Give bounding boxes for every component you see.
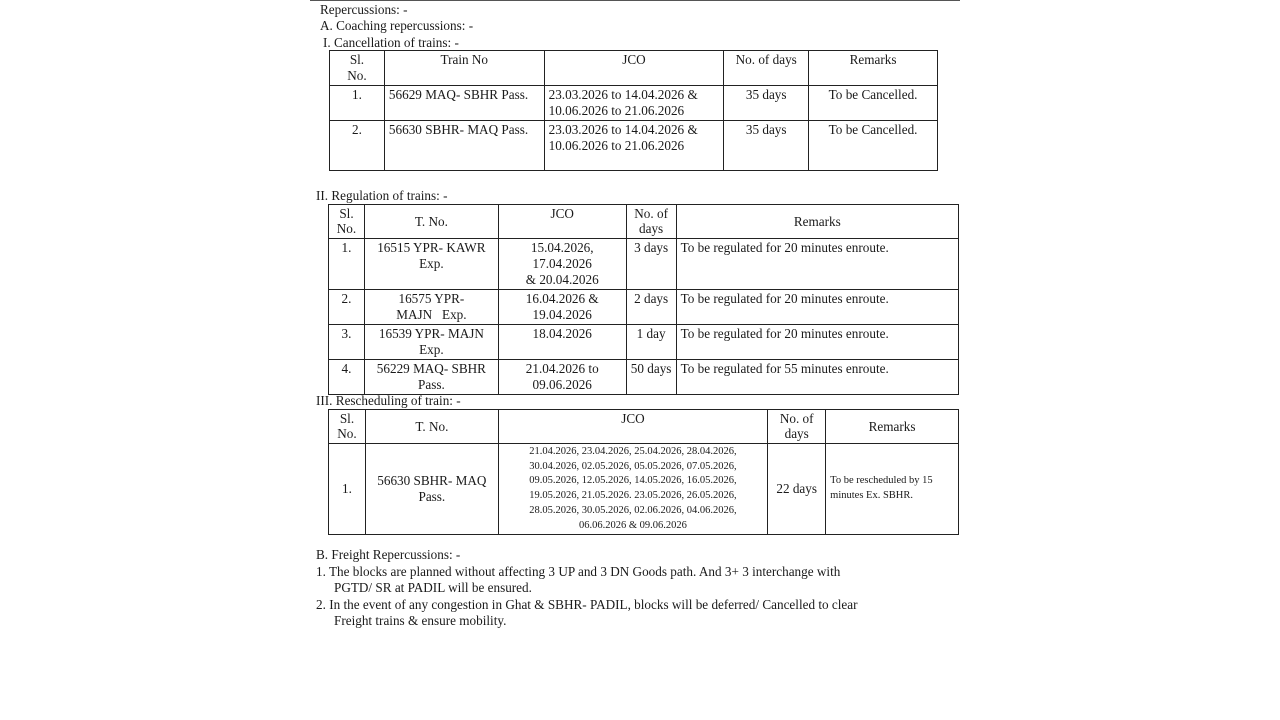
sl-cell: 2. [329,290,365,325]
table-row: 4. 56229 MAQ- SBHR Pass. 21.04.2026 to 0… [329,360,959,395]
table-row: 3. 16539 YPR- MAJN Exp. 18.04.2026 1 day… [329,325,959,360]
header-cell: Remarks [826,410,959,444]
header-cell: JCO [498,410,767,444]
sl-cell: 2. [330,121,385,171]
table-row: 1. 56630 SBHR- MAQ Pass. 21.04.2026, 23.… [329,444,959,535]
header-cell: T. No. [364,205,498,239]
header-cell: JCO [544,51,724,86]
regulation-title: II. Regulation of trains: - [316,188,447,204]
remarks-cell: To be regulated for 20 minutes enroute. [676,239,958,290]
header-cell: Remarks [809,51,938,86]
days-cell: 35 days [724,121,809,171]
header-cell: Sl. No. [329,205,365,239]
header-cell: No. of days [724,51,809,86]
cancellation-table: Sl. No. Train No JCO No. of days Remarks… [329,50,938,171]
table-row: 2. 16575 YPR- MAJN Exp. 16.04.2026 & 19.… [329,290,959,325]
header-cell: Sl. No. [330,51,385,86]
sl-cell: 1. [329,239,365,290]
train-cell: 16575 YPR- MAJN Exp. [364,290,498,325]
remarks-cell: To be Cancelled. [809,121,938,171]
sl-cell: 1. [330,86,385,121]
jco-cell: 23.03.2026 to 14.04.2026 & 10.06.2026 to… [544,121,724,171]
rescheduling-title: III. Rescheduling of train: - [316,393,461,409]
coaching-title: A. Coaching repercussions: - [320,18,473,34]
sl-cell: 4. [329,360,365,395]
freight-item-1: 1. The blocks are planned without affect… [316,564,840,580]
header-cell: Remarks [676,205,958,239]
freight-item-2-cont: Freight trains & ensure mobility. [334,613,506,629]
header-cell: JCO [498,205,626,239]
jco-cell: 21.04.2026 to 09.06.2026 [498,360,626,395]
table-header-row: Sl. No. Train No JCO No. of days Remarks [330,51,938,86]
rescheduling-table: Sl. No. T. No. JCO No. of days Remarks 1… [328,409,959,535]
train-cell: 56629 MAQ- SBHR Pass. [384,86,544,121]
table-row: 1. 56629 MAQ- SBHR Pass. 23.03.2026 to 1… [330,86,938,121]
jco-cell: 16.04.2026 & 19.04.2026 [498,290,626,325]
sl-cell: 1. [329,444,366,535]
heading: Repercussions: - [320,2,408,18]
header-cell: Train No [384,51,544,86]
header-cell: No. of days [626,205,676,239]
remarks-cell: To be regulated for 55 minutes enroute. [676,360,958,395]
remarks-cell: To be rescheduled by 15 minutes Ex. SBHR… [826,444,959,535]
sl-cell: 3. [329,325,365,360]
train-cell: 56229 MAQ- SBHR Pass. [364,360,498,395]
table-header-row: Sl. No. T. No. JCO No. of days Remarks [329,205,959,239]
jco-cell: 18.04.2026 [498,325,626,360]
days-cell: 1 day [626,325,676,360]
days-cell: 22 days [768,444,826,535]
header-cell: No. of days [768,410,826,444]
train-cell: 16515 YPR- KAWR Exp. [364,239,498,290]
train-cell: 16539 YPR- MAJN Exp. [364,325,498,360]
table-row: 2. 56630 SBHR- MAQ Pass. 23.03.2026 to 1… [330,121,938,171]
jco-cell: 23.03.2026 to 14.04.2026 & 10.06.2026 to… [544,86,724,121]
table-header-row: Sl. No. T. No. JCO No. of days Remarks [329,410,959,444]
header-cell: Sl. No. [329,410,366,444]
table-row: 1. 16515 YPR- KAWR Exp. 15.04.2026, 17.0… [329,239,959,290]
jco-cell: 15.04.2026, 17.04.2026 & 20.04.2026 [498,239,626,290]
freight-item-2: 2. In the event of any congestion in Gha… [316,597,858,613]
days-cell: 35 days [724,86,809,121]
remarks-cell: To be regulated for 20 minutes enroute. [676,325,958,360]
remarks-cell: To be Cancelled. [809,86,938,121]
train-cell: 56630 SBHR- MAQ Pass. [365,444,498,535]
freight-title: B. Freight Repercussions: - [316,547,460,563]
days-cell: 3 days [626,239,676,290]
remarks-cell: To be regulated for 20 minutes enroute. [676,290,958,325]
days-cell: 50 days [626,360,676,395]
days-cell: 2 days [626,290,676,325]
cancellation-title: I. Cancellation of trains: - [323,35,459,51]
jco-cell: 21.04.2026, 23.04.2026, 25.04.2026, 28.0… [498,444,767,535]
header-cell: T. No. [365,410,498,444]
regulation-table: Sl. No. T. No. JCO No. of days Remarks 1… [328,204,959,395]
freight-item-1-cont: PGTD/ SR at PADIL will be ensured. [334,580,532,596]
train-cell: 56630 SBHR- MAQ Pass. [384,121,544,171]
top-divider [310,0,960,1]
